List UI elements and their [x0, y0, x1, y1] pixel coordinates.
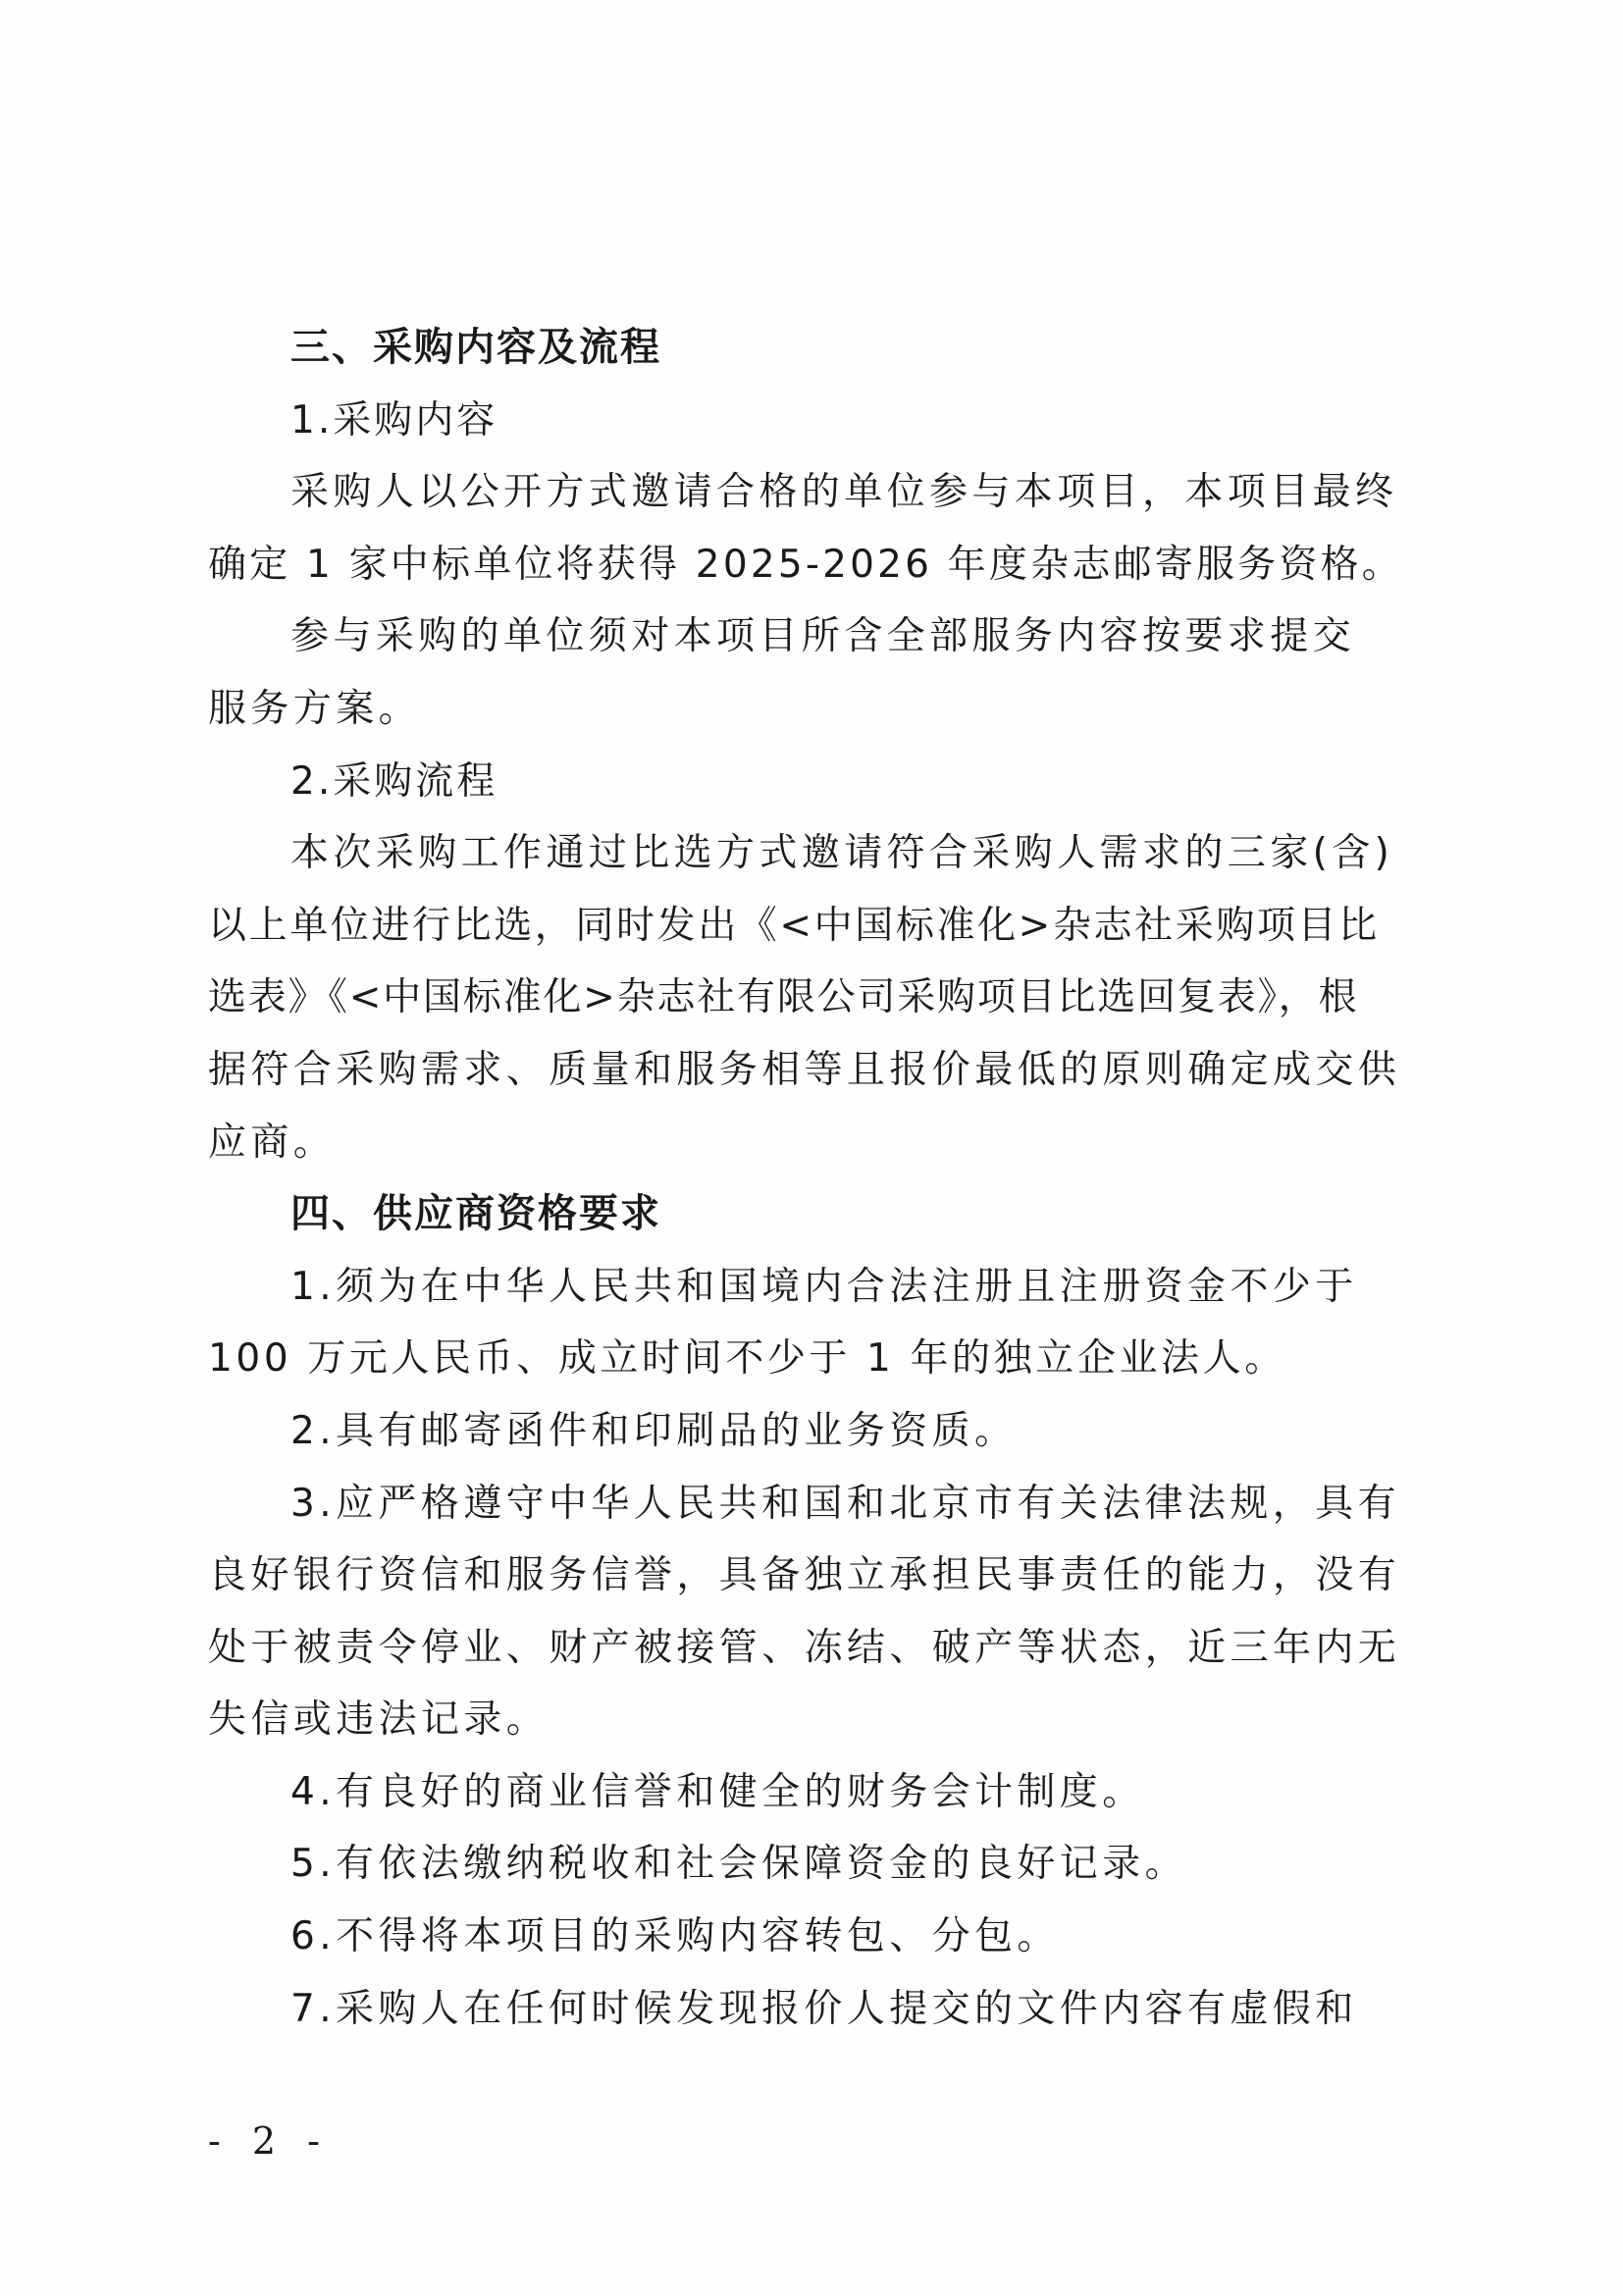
requirement-item-3-cont: 良好银行资信和服务信誉，具备独立承担民事责任的能力，没有 [208, 1539, 1410, 1612]
document-page: 三、采购内容及流程 1.采购内容 采购人以公开方式邀请合格的单位参与本项目，本项… [0, 0, 1623, 2296]
requirement-item-7: 7.采购人在任何时候发现报价人提交的文件内容有虚假和 [208, 1973, 1410, 2046]
requirement-item-5: 5.有依法缴纳税收和社会保障资金的良好记录。 [208, 1828, 1410, 1901]
paragraph-line: 本次采购工作通过比选方式邀请符合采购人需求的三家(含) [208, 817, 1410, 890]
requirement-item-6: 6.不得将本项目的采购内容转包、分包。 [208, 1901, 1410, 1973]
requirement-item-1: 1.须为在中华人民共和国境内合法注册且注册资金不少于 [208, 1251, 1410, 1324]
subsection-title-procurement-process: 2.采购流程 [208, 746, 1410, 818]
paragraph-line: 应商。 [208, 1107, 1410, 1179]
section-heading-procurement-content-and-process: 三、采购内容及流程 [208, 312, 1410, 385]
paragraph-line: 以上单位进行比选，同时发出《<中国标准化>杂志社采购项目比 [208, 890, 1410, 963]
paragraph-line: 确定 1 家中标单位将获得 2025-2026 年度杂志邮寄服务资格。 [208, 529, 1410, 601]
subsection-title-procurement-content: 1.采购内容 [208, 385, 1410, 457]
requirement-item-3-cont: 处于被责令停业、财产被接管、冻结、破产等状态，近三年内无 [208, 1612, 1410, 1685]
paragraph-line: 服务方案。 [208, 673, 1410, 746]
paragraph-line: 采购人以公开方式邀请合格的单位参与本项目，本项目最终 [208, 456, 1410, 529]
requirement-item-4: 4.有良好的商业信誉和健全的财务会计制度。 [208, 1756, 1410, 1829]
requirement-item-3: 3.应严格遵守中华人民共和国和北京市有关法律法规，具有 [208, 1468, 1410, 1540]
requirement-item-2: 2.具有邮寄函件和印刷品的业务资质。 [208, 1395, 1410, 1468]
paragraph-line: 参与采购的单位须对本项目所含全部服务内容按要求提交 [208, 600, 1410, 673]
document-body: 三、采购内容及流程 1.采购内容 采购人以公开方式邀请合格的单位参与本项目，本项… [208, 312, 1410, 2045]
paragraph-line: 据符合采购需求、质量和服务相等且报价最低的原则确定成交供 [208, 1034, 1410, 1107]
section-heading-supplier-qualification: 四、供应商资格要求 [208, 1178, 1410, 1251]
requirement-item-1-cont: 100 万元人民币、成立时间不少于 1 年的独立企业法人。 [208, 1323, 1410, 1395]
paragraph-line: 选表》《<中国标准化>杂志社有限公司采购项目比选回复表》，根 [208, 962, 1410, 1034]
requirement-item-3-cont: 失信或违法记录。 [208, 1684, 1410, 1756]
page-number: - 2 - [208, 2119, 330, 2163]
